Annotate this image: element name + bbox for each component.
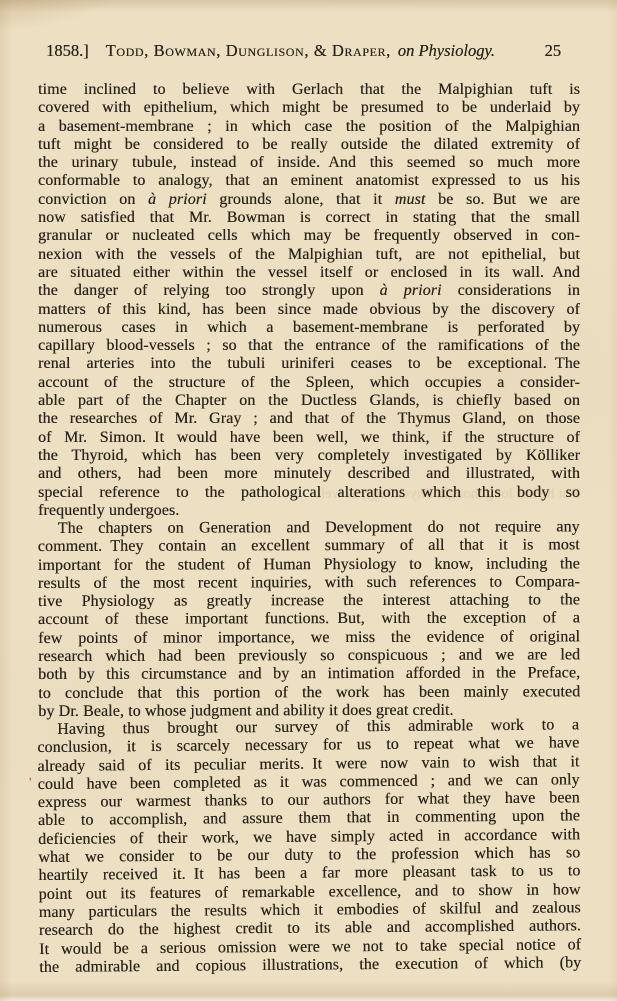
text-segment: numerous cases in which a basement-membr… xyxy=(38,319,580,336)
text-segment: be so. But we are xyxy=(425,191,580,208)
text-segment: account of the structure of the Spleen, … xyxy=(38,374,580,391)
text-segment: able part of the Chapter on the Ductless… xyxy=(38,392,580,409)
text-segment: covered with epithelium, which might be … xyxy=(38,99,580,116)
text-line: the admirable and copious illustrations,… xyxy=(39,955,581,978)
text-line: of Mr. Simon. It would have been well, w… xyxy=(38,429,580,447)
text-segment: few points of minor importance, we miss … xyxy=(38,628,580,647)
text-line: few points of minor importance, we miss … xyxy=(38,628,580,648)
paragraph: Having thus brought our survey of this a… xyxy=(37,717,581,978)
text-line: are situated either within the vessel it… xyxy=(38,264,580,282)
text-line: tive Physiology as greatly increase the … xyxy=(38,592,580,612)
text-segment: research which had been previously so co… xyxy=(38,647,580,666)
text-line: able part of the Chapter on the Ductless… xyxy=(38,392,580,410)
text-segment: considerations in xyxy=(442,282,580,299)
header-year: 1858.] xyxy=(46,41,89,61)
text-segment: the admirable and copious illustrations,… xyxy=(39,955,581,977)
paragraph: The chapters on Generation and Developme… xyxy=(38,518,581,721)
text-line: special reference to the pathological al… xyxy=(38,484,580,502)
text-line: now satisfied that Mr. Bowman is correct… xyxy=(38,209,580,227)
text-segment: renal arteries into the tubuli uriniferi… xyxy=(38,355,580,372)
text-line: account of the structure of the Spleen, … xyxy=(38,374,580,392)
text-segment: frequently undergoes. xyxy=(38,502,179,519)
text-line: the Thyroid, which has been very complet… xyxy=(38,447,580,465)
running-header: 1858.] Todd, Bowman, Dunglison, & Draper… xyxy=(46,41,579,61)
text-line: covered with epithelium, which might be … xyxy=(38,99,580,117)
text-line: granular or nucleated cells which may be… xyxy=(38,227,580,245)
text-line: results of the most recent inquiries, wi… xyxy=(38,573,580,593)
text-segment: the researches of Mr. Gray ; and that of… xyxy=(38,410,580,427)
text-segment: special reference to the pathological al… xyxy=(38,484,580,501)
text-line: the urinary tubule, instead of inside. A… xyxy=(38,154,580,172)
text-line: and others, had been more minutely descr… xyxy=(38,465,580,483)
text-body: time inclined to believe with Gerlach th… xyxy=(38,81,580,978)
text-line: frequently undergoes. xyxy=(38,502,580,520)
text-segment: The chapters on Generation and Developme… xyxy=(58,518,580,537)
text-line: renal arteries into the tubuli uriniferi… xyxy=(38,355,580,373)
text-line: capillary blood-vessels ; so that the en… xyxy=(38,337,580,355)
text-line: time inclined to believe with Gerlach th… xyxy=(38,81,580,99)
text-line: conviction on à priori grounds alone, th… xyxy=(38,191,580,209)
text-segment: both by this circumstance and by an inti… xyxy=(38,665,580,684)
text-line: The chapters on Generation and Developme… xyxy=(38,518,580,538)
text-segment: important for the student of Human Physi… xyxy=(38,555,580,574)
paragraph: time inclined to believe with Gerlach th… xyxy=(38,81,580,520)
text-segment: matters of this kind, has been since mad… xyxy=(38,301,580,318)
text-segment: tive Physiology as greatly increase the … xyxy=(38,592,580,611)
text-segment: granular or nucleated cells which may be… xyxy=(38,227,580,244)
text-segment: now satisfied that Mr. Bowman is correct… xyxy=(38,209,580,226)
italic-text: must xyxy=(395,191,426,208)
text-segment: account of these important functions. Bu… xyxy=(38,610,580,629)
text-segment: and others, had been more minutely descr… xyxy=(38,465,580,482)
text-line: important for the student of Human Physi… xyxy=(38,555,580,575)
text-line: tuft might be considered to be really ou… xyxy=(38,136,580,154)
text-line: nexion with the vessels of the Malpighia… xyxy=(38,246,580,264)
text-line: to conclude that this portion of the wor… xyxy=(38,683,580,703)
text-segment: results of the most recent inquiries, wi… xyxy=(38,573,580,592)
text-segment: of Mr. Simon. It would have been well, w… xyxy=(38,429,580,446)
text-segment: conviction on xyxy=(38,191,148,208)
italic-text: à priori xyxy=(148,191,207,208)
text-line: research which had been previously so co… xyxy=(38,647,580,667)
text-line: the danger of relying too strongly upon … xyxy=(38,282,580,300)
text-segment: grounds alone, that it xyxy=(207,191,395,208)
text-line: both by this circumstance and by an inti… xyxy=(38,665,580,685)
text-line: numerous cases in which a basement-membr… xyxy=(38,319,580,337)
text-segment: time inclined to believe with Gerlach th… xyxy=(38,81,580,98)
header-work-title: on Physiology. xyxy=(398,41,495,61)
italic-text: à priori xyxy=(380,282,442,299)
page-number: 25 xyxy=(545,41,580,61)
text-segment: to conclude that this portion of the wor… xyxy=(38,683,580,702)
text-segment: capillary blood-vessels ; so that the en… xyxy=(38,337,580,354)
text-segment: tuft might be considered to be really ou… xyxy=(38,136,580,153)
text-segment: a basement-membrane ; in which case the … xyxy=(38,118,580,135)
text-segment: conformable to analogy, that an eminent … xyxy=(38,172,580,189)
text-segment: are situated either within the vessel it… xyxy=(38,264,580,281)
text-segment: comment. They contain an excellent summa… xyxy=(38,537,580,556)
text-line: conformable to analogy, that an eminent … xyxy=(38,172,580,190)
text-line: comment. They contain an excellent summa… xyxy=(38,537,580,557)
margin-ink-mark: ’ xyxy=(27,776,35,793)
text-segment: the danger of relying too strongly upon xyxy=(38,282,380,299)
header-authors: Todd, Bowman, Dunglison, & Draper, xyxy=(106,41,391,61)
text-line: the researches of Mr. Gray ; and that of… xyxy=(38,410,580,428)
text-segment: the urinary tubule, instead of inside. A… xyxy=(38,154,580,171)
text-segment: nexion with the vessels of the Malpighia… xyxy=(38,246,580,263)
scanned-page: 1858.] Todd, Bowman, Dunglison, & Draper… xyxy=(0,0,617,1001)
text-line: a basement-membrane ; in which case the … xyxy=(38,118,580,136)
text-segment: the Thyroid, which has been very complet… xyxy=(38,447,580,464)
text-line: matters of this kind, has been since mad… xyxy=(38,301,580,319)
text-line: account of these important functions. Bu… xyxy=(38,610,580,630)
